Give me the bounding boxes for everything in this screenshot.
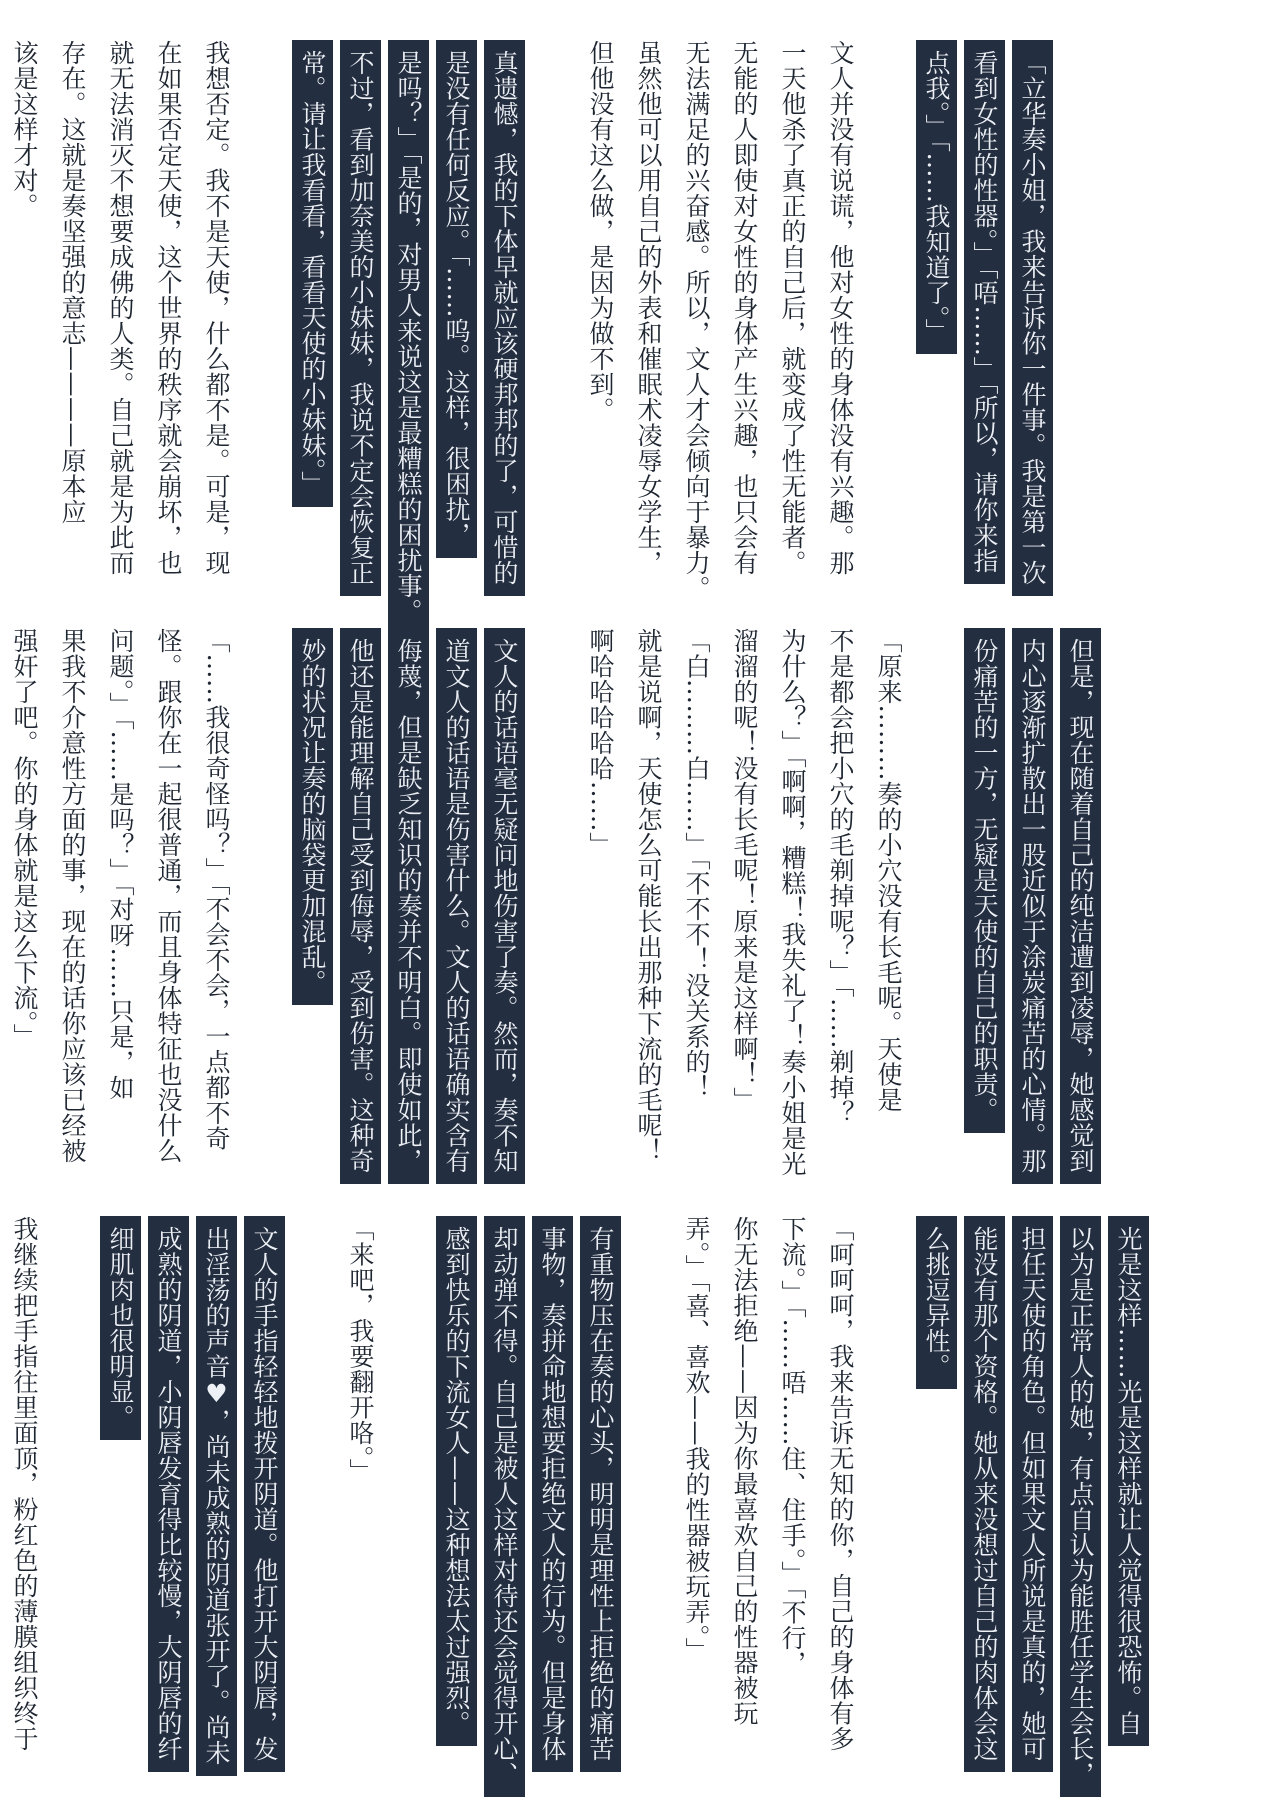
text-column: 无法满足的兴奋感。所以，文人才会倾向于暴力。 xyxy=(672,40,720,592)
column-gap xyxy=(864,40,912,592)
text-column: 不是都会把小穴的毛剃掉呢？」「……剃掉？ xyxy=(816,628,864,1180)
highlighted-text-column: 常。请让我看看，看看天使的小妹妹。」 xyxy=(288,40,336,592)
text-column: 啊哈哈哈哈哈……」 xyxy=(576,628,624,1180)
text-column: 无能的人即使对女性的身体产生兴趣，也只会有 xyxy=(720,40,768,592)
column-text: 真遗憾，我的下体早就应该硬邦邦的了，可惜的 xyxy=(484,40,525,596)
column-text: 内心逐渐扩散出一股近似于涂炭痛苦的心情。那 xyxy=(1012,628,1053,1184)
column-text: 妙的状况让奏的脑袋更加混乱。 xyxy=(292,628,333,1005)
column-gap xyxy=(624,1216,672,1768)
text-column: 在如果否定天使，这个世界的秩序就会崩坏，也 xyxy=(144,40,192,592)
highlighted-text-column: 却动弹不得。自己是被人这样对待还会觉得开心、 xyxy=(480,1216,528,1768)
highlighted-text-column: 「立华奏小姐，我来告诉你一件事。我是第一次 xyxy=(1008,40,1056,592)
highlighted-text-column: 侮蔑，但是缺乏知识的奏并不明白。即使如此， xyxy=(384,628,432,1180)
column-text: 么挑逗异性。 xyxy=(916,1216,957,1389)
column-text: 「原来………奏的小穴没有长毛呢。天使是 xyxy=(874,628,903,1113)
column-gap xyxy=(288,1216,336,1768)
highlighted-text-column: 妙的状况让奏的脑袋更加混乱。 xyxy=(288,628,336,1180)
column-text: 果我不介意性方面的事，现在的话你应该已经被 xyxy=(58,628,87,1164)
highlighted-text-column: 他还是能理解自己受到侮辱，受到伤害。这种奇 xyxy=(336,628,384,1180)
text-column: 果我不介意性方面的事，现在的话你应该已经被 xyxy=(48,628,96,1180)
column-text: 侮蔑，但是缺乏知识的奏并不明白。即使如此， xyxy=(388,628,429,1184)
highlighted-text-column: 出淫荡的声音♥，尚未成熟的阴道张开了。尚未 xyxy=(192,1216,240,1768)
column-text: 「立华奏小姐，我来告诉你一件事。我是第一次 xyxy=(1012,40,1053,596)
text-column: 为什么？」「啊啊，糟糕！我失礼了！奏小姐是光 xyxy=(768,628,816,1180)
column-text: 「来吧，我要翻开咯。」 xyxy=(346,1216,375,1484)
column-text: 但是，现在随着自己的纯洁遭到凌辱，她感觉到 xyxy=(1060,628,1101,1184)
highlighted-text-column: 道文人的话语是伤害什么。文人的话语确实含有 xyxy=(432,628,480,1180)
column-text: 啊哈哈哈哈哈……」 xyxy=(586,628,615,858)
column-text: 弄。」「喜、喜欢——我的性器被玩弄。」 xyxy=(682,1216,711,1663)
highlighted-text-column: 感到快乐的下流女人——这种想法太过强烈。 xyxy=(432,1216,480,1768)
column-text: 细肌肉也很明显。 xyxy=(100,1216,141,1440)
column-text: 在如果否定天使，这个世界的秩序就会崩坏，也 xyxy=(154,40,183,576)
column-text: 看到女性的性器。」「唔……」「所以，请你来指 xyxy=(964,40,1005,584)
column-text: 虽然他可以用自己的外表和催眠术凌辱女学生， xyxy=(634,40,663,576)
column-gap xyxy=(528,628,576,1180)
text-column: 「……我很奇怪吗？」「不会不会，一点都不奇 xyxy=(192,628,240,1180)
column-text: 问题。」「……是吗？」「对呀……只是，如 xyxy=(106,628,135,1101)
text-column: 问题。」「……是吗？」「对呀……只是，如 xyxy=(96,628,144,1180)
text-column: 「来吧，我要翻开咯。」 xyxy=(336,1216,384,1768)
text-column: 「呵呵呵，我来告诉无知的你，自己的身体有多 xyxy=(816,1216,864,1768)
text-column: 「白………白……」「不不不！没关系的！ xyxy=(672,628,720,1180)
column-text: 以为是正常人的她，有点自认为能胜任学生会长， xyxy=(1060,1216,1101,1797)
highlighted-text-column: 不过，看到加奈美的小妹妹，我说不定会恢复正 xyxy=(336,40,384,592)
column-text: 我想否定。我不是天使，什么都不是。可是，现 xyxy=(202,40,231,576)
highlighted-text-column: 看到女性的性器。」「唔……」「所以，请你来指 xyxy=(960,40,1008,592)
column-text: 强奸了吧。你的身体就是这么下流。」 xyxy=(10,628,39,1049)
highlighted-text-column: 点我。」「……我知道了。」 xyxy=(912,40,960,592)
text-column: 该是这样才对。 xyxy=(0,40,48,592)
highlighted-text-column: 能没有那个资格。她从来没想过自己的肉体会这 xyxy=(960,1216,1008,1768)
column-text: 担任天使的角色。但如果文人所说是真的，她可 xyxy=(1012,1216,1053,1772)
text-column: 强奸了吧。你的身体就是这么下流。」 xyxy=(0,628,48,1180)
column-text: 为什么？」「啊啊，糟糕！我失礼了！奏小姐是光 xyxy=(778,628,807,1177)
text-column: 就无法消灭不想要成佛的人类。自己就是为此而 xyxy=(96,40,144,592)
highlighted-text-column: 以为是正常人的她，有点自认为能胜任学生会长， xyxy=(1056,1216,1104,1768)
text-column: 「原来………奏的小穴没有长毛呢。天使是 xyxy=(864,628,912,1180)
text-band-2: 但是，现在随着自己的纯洁遭到凌辱，她感觉到内心逐渐扩散出一股近似于涂炭痛苦的心情… xyxy=(0,628,1152,1180)
highlighted-text-column: 担任天使的角色。但如果文人所说是真的，她可 xyxy=(1008,1216,1056,1768)
text-column: 你无法拒绝——因为你最喜欢自己的性器被玩 xyxy=(720,1216,768,1768)
text-column: 就是说啊，天使怎么可能长出那种下流的毛呢！ xyxy=(624,628,672,1180)
column-text: 怪。跟你在一起很普通，而且身体特征也没什么 xyxy=(154,628,183,1164)
column-text: 文人并没有说谎，他对女性的身体没有兴趣。那 xyxy=(826,40,855,576)
column-gap xyxy=(384,1216,432,1768)
column-text: 是吗？」「是的，对男人来说这是最糟糕的困扰事。 xyxy=(388,40,429,634)
text-column: 但他没有这么做，是因为做不到。 xyxy=(576,40,624,592)
column-gap xyxy=(864,1216,912,1768)
text-column: 存在。这就是奏坚强的意志————原本应 xyxy=(48,40,96,592)
column-text: 文人的话语毫无疑问地伤害了奏。然而，奏不知 xyxy=(484,628,525,1184)
column-text: 存在。这就是奏坚强的意志————原本应 xyxy=(58,40,87,525)
column-text: 无能的人即使对女性的身体产生兴趣，也只会有 xyxy=(730,40,759,576)
column-text: 下流。」「……唔……住、住手。」「不行， xyxy=(778,1216,807,1676)
text-band-3: 光是这样……光是这样就让人觉得很恐怖。自以为是正常人的她，有点自认为能胜任学生会… xyxy=(0,1216,1200,1768)
column-text: 就无法消灭不想要成佛的人类。自己就是为此而 xyxy=(106,40,135,576)
column-gap xyxy=(240,40,288,592)
column-text: 出淫荡的声音♥，尚未成熟的阴道张开了。尚未 xyxy=(196,1216,237,1776)
column-text: 文人的手指轻轻地拨开阴道。他打开大阴唇，发 xyxy=(244,1216,285,1772)
column-gap xyxy=(528,40,576,592)
column-text: 你无法拒绝——因为你最喜欢自己的性器被玩 xyxy=(730,1216,759,1726)
highlighted-text-column: 份痛苦的一方，无疑是天使的自己的职责。 xyxy=(960,628,1008,1180)
text-column: 溜溜的呢！没有长毛呢！原来是这样啊！」 xyxy=(720,628,768,1180)
highlighted-text-column: 真遗憾，我的下体早就应该硬邦邦的了，可惜的 xyxy=(480,40,528,592)
highlighted-text-column: 光是这样……光是这样就让人觉得很恐怖。自 xyxy=(1104,1216,1152,1768)
column-text: 成熟的阴道，小阴唇发育得比较慢，大阴唇的纤 xyxy=(148,1216,189,1772)
text-column: 弄。」「喜、喜欢——我的性器被玩弄。」 xyxy=(672,1216,720,1768)
column-text: 道文人的话语是伤害什么。文人的话语确实含有 xyxy=(436,628,477,1184)
highlighted-text-column: 但是，现在随着自己的纯洁遭到凌辱，她感觉到 xyxy=(1056,628,1104,1180)
column-text: 是没有任何反应。「……呜。这样，很困扰， xyxy=(436,40,477,558)
highlighted-text-column: 是吗？」「是的，对男人来说这是最糟糕的困扰事。 xyxy=(384,40,432,592)
column-gap xyxy=(912,628,960,1180)
column-text: 但他没有这么做，是因为做不到。 xyxy=(586,40,615,423)
highlighted-text-column: 是没有任何反应。「……呜。这样，很困扰， xyxy=(432,40,480,592)
text-column: 怪。跟你在一起很普通，而且身体特征也没什么 xyxy=(144,628,192,1180)
column-text: 「白………白……」「不不不！没关系的！ xyxy=(682,628,711,1100)
column-text: 「……我很奇怪吗？」「不会不会，一点都不奇 xyxy=(202,628,231,1151)
highlighted-text-column: 有重物压在奏的心头，明明是理性上拒绝的痛苦 xyxy=(576,1216,624,1768)
column-text: 能没有那个资格。她从来没想过自己的肉体会这 xyxy=(964,1216,1005,1772)
column-text: 他还是能理解自己受到侮辱，受到伤害。这种奇 xyxy=(340,628,381,1184)
column-text: 「呵呵呵，我来告诉无知的你，自己的身体有多 xyxy=(826,1216,855,1752)
column-text: 常。请让我看看，看看天使的小妹妹。」 xyxy=(292,40,333,507)
column-text: 光是这样……光是这样就让人觉得很恐怖。自 xyxy=(1108,1216,1149,1746)
text-column: 一天他杀了真正的自己后，就变成了性无能者。 xyxy=(768,40,816,592)
column-text: 不过，看到加奈美的小妹妹，我说不定会恢复正 xyxy=(340,40,381,596)
column-text: 该是这样才对。 xyxy=(10,40,39,219)
column-text: 份痛苦的一方，无疑是天使的自己的职责。 xyxy=(964,628,1005,1133)
column-text: 一天他杀了真正的自己后，就变成了性无能者。 xyxy=(778,40,807,576)
column-text: 点我。」「……我知道了。」 xyxy=(916,40,957,354)
highlighted-text-column: 事物，奏拼命地想要拒绝文人的行为。但是身体 xyxy=(528,1216,576,1768)
text-column: 文人并没有说谎，他对女性的身体没有兴趣。那 xyxy=(816,40,864,592)
highlighted-text-column: 内心逐渐扩散出一股近似于涂炭痛苦的心情。那 xyxy=(1008,628,1056,1180)
column-text: 不是都会把小穴的毛剃掉呢？」「……剃掉？ xyxy=(826,628,855,1126)
highlighted-text-column: 细肌肉也很明显。 xyxy=(96,1216,144,1768)
column-gap xyxy=(48,1216,96,1768)
text-column: 我继续把手指往里面顶，粉红色的薄膜组织终于 xyxy=(0,1216,48,1768)
highlighted-text-column: 么挑逗异性。 xyxy=(912,1216,960,1768)
text-column: 我想否定。我不是天使，什么都不是。可是，现 xyxy=(192,40,240,592)
novel-page: 「立华奏小姐，我来告诉你一件事。我是第一次看到女性的性器。」「唔……」「所以，请… xyxy=(0,0,1280,1811)
highlighted-text-column: 成熟的阴道，小阴唇发育得比较慢，大阴唇的纤 xyxy=(144,1216,192,1768)
column-text: 就是说啊，天使怎么可能长出那种下流的毛呢！ xyxy=(634,628,663,1164)
text-column: 下流。」「……唔……住、住手。」「不行， xyxy=(768,1216,816,1768)
column-text: 却动弹不得。自己是被人这样对待还会觉得开心、 xyxy=(484,1216,525,1797)
column-text: 无法满足的兴奋感。所以，文人才会倾向于暴力。 xyxy=(682,40,711,601)
column-text: 溜溜的呢！没有长毛呢！原来是这样啊！」 xyxy=(730,628,759,1113)
highlighted-text-column: 文人的手指轻轻地拨开阴道。他打开大阴唇，发 xyxy=(240,1216,288,1768)
column-text: 事物，奏拼命地想要拒绝文人的行为。但是身体 xyxy=(532,1216,573,1772)
highlighted-text-column: 文人的话语毫无疑问地伤害了奏。然而，奏不知 xyxy=(480,628,528,1180)
text-column: 虽然他可以用自己的外表和催眠术凌辱女学生， xyxy=(624,40,672,592)
text-band-1: 「立华奏小姐，我来告诉你一件事。我是第一次看到女性的性器。」「唔……」「所以，请… xyxy=(0,40,1104,592)
column-gap xyxy=(240,628,288,1180)
column-text: 感到快乐的下流女人——这种想法太过强烈。 xyxy=(436,1216,477,1746)
column-text: 我继续把手指往里面顶，粉红色的薄膜组织终于 xyxy=(10,1216,39,1752)
column-text: 有重物压在奏的心头，明明是理性上拒绝的痛苦 xyxy=(580,1216,621,1772)
